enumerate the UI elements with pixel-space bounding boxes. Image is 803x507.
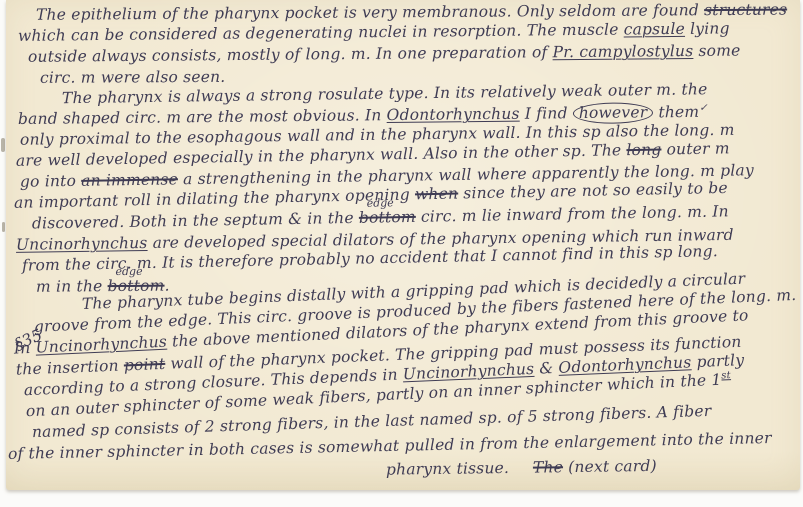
text-segment: capsule <box>624 20 685 39</box>
text-segment: bottom <box>359 208 416 227</box>
text-segment: ✓ <box>699 103 708 114</box>
text-segment: them <box>653 103 699 121</box>
text-segment: circ. m were also seen. <box>40 68 225 87</box>
text-segment: In <box>14 339 36 358</box>
text-segment: outer m <box>661 140 730 159</box>
text-segment: go into <box>20 172 81 191</box>
text-segment: when <box>415 185 459 204</box>
text-segment: point <box>124 355 166 375</box>
text-segment: some <box>693 41 740 59</box>
inserted-word-above: edge <box>115 264 142 277</box>
text-segment: outside always consists, mostly of long.… <box>28 43 553 66</box>
text-segment: pharynx tissue. <box>386 458 533 478</box>
text-segment: The <box>533 458 563 476</box>
text-segment: (next card) <box>563 457 657 476</box>
scan-artifact <box>1 138 5 152</box>
text-segment: Pr. campylostylus <box>552 42 693 61</box>
text-segment: Odontorhynchus <box>387 105 520 124</box>
text-segment: structures <box>704 1 787 20</box>
inserted-word-above: edge <box>367 196 394 209</box>
handwritten-text-block: The epithelium of the pharynx pocket is … <box>6 6 800 486</box>
text-segment: & <box>534 359 559 378</box>
text-segment: long <box>626 141 661 160</box>
text-segment: lying <box>685 19 730 37</box>
text-segment: circ. m lie inward from the long. m. In <box>416 202 729 225</box>
scan-artifact <box>2 222 5 232</box>
text-segment: band shaped circ. m are the most obvious… <box>18 107 387 129</box>
index-card: §35 The epithelium of the pharynx pocket… <box>6 0 800 490</box>
text-segment: m in the <box>36 277 108 296</box>
text-segment: partly <box>691 351 745 371</box>
text-segment: the insertion <box>16 357 125 379</box>
text-segment: st <box>721 370 731 381</box>
text-segment: Uncinorhynchus <box>16 234 148 254</box>
text-segment: I find <box>520 105 573 124</box>
text-segment: an immense <box>81 170 178 190</box>
correction-wrapper: bottomedge <box>359 208 416 227</box>
scan-background: §35 The epithelium of the pharynx pocket… <box>0 0 803 507</box>
